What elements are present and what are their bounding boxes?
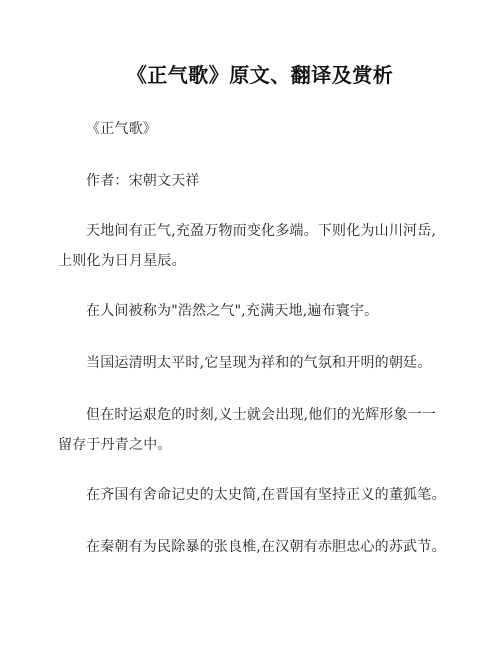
translation-paragraph-1: 天地间有正气,充盈万物而变化多端。下则化为山川河岳,上则化为日月星辰。 — [58, 216, 440, 276]
document-page: 《正气歌》原文、翻译及赏析 《正气歌》 作者：宋朝文天祥 天地间有正气,充盈万物… — [0, 0, 500, 647]
translation-paragraph-4: 但在时运艰危的时刻,义士就会出现,他们的光辉形象一一留存于丹青之中。 — [58, 400, 440, 460]
document-title: 《正气歌》原文、翻译及赏析 — [0, 61, 500, 89]
translation-paragraph-2: 在人间被称为"浩然之气",充满天地,遍布寰宇。 — [86, 296, 468, 326]
poem-title-paragraph: 《正气歌》 — [86, 114, 468, 144]
translation-paragraph-3: 当国运清明太平时,它呈现为祥和的气氛和开明的朝廷。 — [86, 348, 468, 378]
translation-paragraph-6: 在秦朝有为民除暴的张良椎,在汉朝有赤胆忠心的苏武节。 — [86, 532, 468, 562]
translation-paragraph-5: 在齐国有舍命记史的太史简,在晋国有坚持正义的董狐笔。 — [86, 480, 468, 510]
author-paragraph: 作者：宋朝文天祥 — [86, 166, 468, 196]
